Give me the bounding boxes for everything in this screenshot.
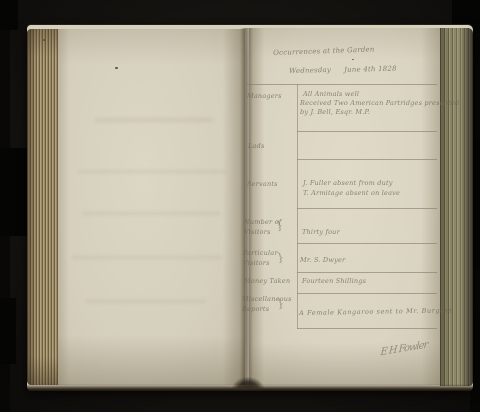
bleedthrough-mark [72,256,222,259]
book-gutter [240,28,253,385]
entry-particular-visitors: Mr. S. Dwyer [300,256,345,264]
row-label-managers: Managers [247,92,282,100]
row-label-reports: Reports [242,305,269,313]
page-speck [352,59,354,60]
entry-managers-line1: All Animals well [303,90,359,98]
entry-number-of-visitors: Thirty four [302,228,340,236]
row-label-particular: Particular [243,249,278,257]
entry-servants-line2: T. Armitage absent on leave [303,189,400,197]
table-rule-row [297,131,437,132]
row-label-money-taken: Money Taken [244,277,290,285]
row-label-servants: Servants [247,180,278,188]
background-edge-left [0,0,10,412]
left-blank-page [58,29,245,385]
entry-managers-line2: Received Two American Partridges present… [300,99,459,107]
entry-managers-line3: by J. Bell, Esqr. M.P. [300,108,370,116]
right-page-edge-stack [440,28,473,386]
entry-servants-line1: J. Fuller absent from duty [303,179,393,187]
bleedthrough-mark [78,170,226,173]
row-label-miscellaneous: Miscellaneous [242,295,292,303]
row-label-lads: Lads [248,142,265,150]
left-page-edge-stack [27,29,58,385]
table-rule-bottom [297,328,437,329]
brace-icon: { [277,297,284,310]
photo-background: Occurrences at the Garden Wednesday June… [0,0,480,412]
entry-money-taken: Fourteen Shillings [302,277,366,285]
brace-icon: { [277,251,284,264]
book-bottom-edge [27,384,473,391]
brace-icon: { [276,219,283,232]
bleedthrough-mark [82,212,220,215]
right-ledger-page [249,28,440,385]
table-rule-row [297,293,437,294]
bleedthrough-mark [95,118,213,122]
table-rule-row [297,159,437,160]
table-rule-row [297,243,437,244]
date-value: June 4th 1828 [344,65,397,74]
page-speck [43,39,46,41]
row-label-visitors: Visitors [244,228,271,236]
table-rule-top [246,84,437,85]
row-label-visitors-2: Visitors [243,259,270,267]
bleedthrough-mark [86,300,206,303]
table-rule-row [297,208,437,209]
page-speck [115,67,118,69]
table-rule-row [297,272,437,273]
date-day: Wednesday [289,66,331,75]
